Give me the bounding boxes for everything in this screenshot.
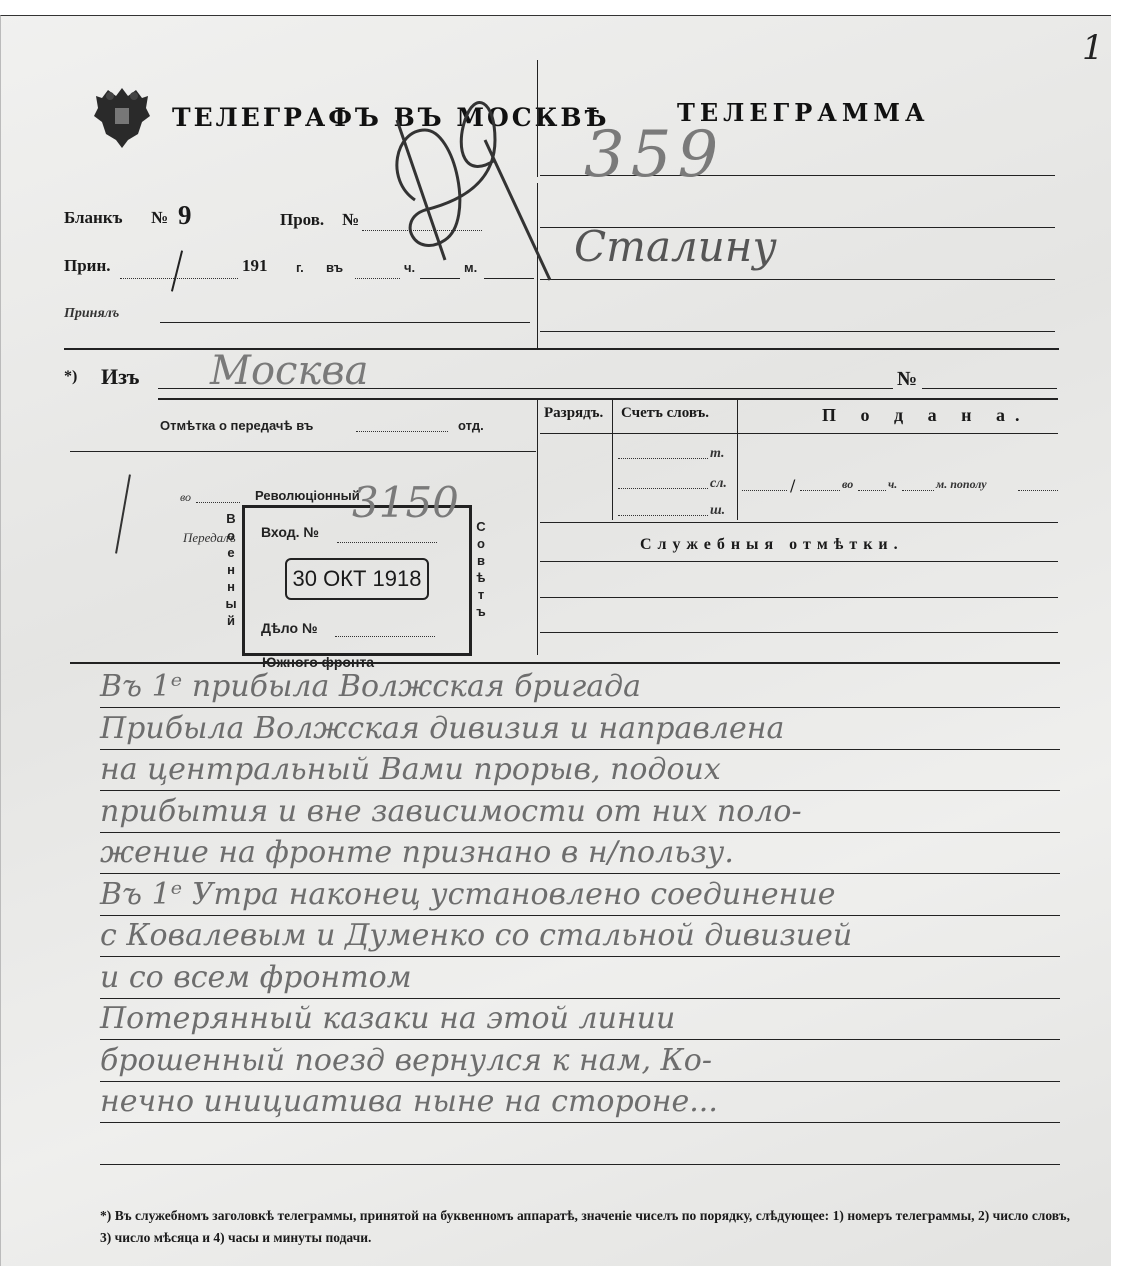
prin-date-field[interactable] bbox=[120, 278, 238, 279]
message-line: Потерянный казаки на этой линии bbox=[100, 1001, 675, 1036]
message-line: нечно инициатива ныне на стороне... bbox=[100, 1084, 718, 1119]
podana-minute-field[interactable] bbox=[902, 490, 934, 491]
footnote: *) Въ служебномъ заголовкѣ телеграммы, п… bbox=[100, 1205, 1070, 1249]
message-line: прибытия и вне зависимости от них поло- bbox=[100, 794, 802, 829]
right-rule-3 bbox=[540, 279, 1055, 280]
blank-label: Бланкъ bbox=[64, 208, 123, 228]
message-line: с Ковалевым и Думенко со стальной дивизи… bbox=[100, 918, 852, 953]
col-razryad: Разрядъ. bbox=[544, 405, 603, 422]
stamp-incoming-number-handwritten: 3150 bbox=[352, 478, 459, 527]
podana-hour-field[interactable] bbox=[858, 490, 886, 491]
transfer-mark-suffix: отд. bbox=[458, 418, 484, 433]
from-field[interactable] bbox=[158, 388, 893, 389]
recipient-handwritten: Сталину bbox=[574, 222, 777, 271]
count-label-sh: ш. bbox=[710, 503, 725, 519]
blank-number-sign: № bbox=[151, 208, 168, 228]
podana-ch: ч. bbox=[888, 477, 897, 492]
stamp-right-vertical-text: Совѣтъ bbox=[474, 518, 488, 620]
stamp-file-field bbox=[335, 636, 435, 637]
count-label-t: т. bbox=[710, 446, 725, 462]
from-asterisk: *) bbox=[64, 368, 77, 386]
message-area-top-rule bbox=[70, 662, 1060, 664]
prinyal-label: Принялъ bbox=[64, 306, 119, 322]
message-rule bbox=[100, 915, 1060, 916]
podana-month-field[interactable] bbox=[800, 490, 840, 491]
prinyal-field[interactable] bbox=[160, 322, 530, 323]
page-number: 1 bbox=[1082, 28, 1104, 68]
from-number-field[interactable] bbox=[922, 388, 1057, 389]
from-underline bbox=[158, 398, 1058, 400]
message-rule bbox=[100, 707, 1060, 708]
message-line: и со всем фронтом bbox=[100, 960, 412, 995]
prin-v: въ bbox=[326, 260, 343, 275]
from-number-sign: № bbox=[897, 368, 917, 391]
podana-vo: во bbox=[842, 477, 853, 492]
stamp-incoming-field bbox=[337, 542, 437, 543]
count-field-sh[interactable] bbox=[618, 515, 708, 516]
stamp-top-text: Революціонный bbox=[255, 488, 360, 503]
telegram-number-handwritten: 359 bbox=[584, 118, 724, 192]
podana-extra-field bbox=[1018, 490, 1058, 491]
message-rule bbox=[100, 832, 1060, 833]
message-line: брошенный поезд вернулся к нам, Ко- bbox=[100, 1043, 712, 1078]
message-rule bbox=[100, 1122, 1060, 1123]
double-headed-eagle-icon bbox=[88, 82, 156, 150]
message-rule bbox=[100, 1164, 1060, 1165]
prov-label: Пров. bbox=[280, 210, 324, 230]
table-header-rule bbox=[540, 433, 1058, 434]
podana-slash: / bbox=[790, 476, 795, 495]
vo-label: во bbox=[180, 490, 191, 505]
message-rule bbox=[100, 873, 1060, 874]
vo-field[interactable] bbox=[196, 502, 240, 503]
message-rule bbox=[100, 1081, 1060, 1082]
count-field-t[interactable] bbox=[618, 458, 708, 459]
stamp-date: 30 ОКТ 1918 bbox=[285, 558, 429, 600]
prov-number-sign: № bbox=[342, 210, 359, 230]
podana-m-popolu: м. пополу bbox=[936, 477, 987, 492]
stamp-incoming-label: Вход. № bbox=[261, 524, 319, 540]
table-bottom-rule bbox=[540, 522, 1058, 523]
transfer-rule bbox=[70, 451, 536, 452]
count-label-sl: сл. bbox=[710, 476, 727, 492]
count-field-sl[interactable] bbox=[618, 488, 708, 489]
prin-year: 191 bbox=[242, 256, 268, 276]
message-line: Прибыла Волжская дивизия и направлена bbox=[100, 711, 784, 746]
table-col-divider-1 bbox=[612, 400, 613, 520]
service-rule-1 bbox=[540, 561, 1058, 562]
stamp-file-label: Дѣло № bbox=[261, 620, 318, 636]
stamp-left-vertical-text: Военный bbox=[224, 510, 238, 629]
service-rule-2 bbox=[540, 597, 1058, 598]
col-schet-slov: Счетъ словъ. bbox=[621, 405, 709, 422]
message-line: Въ 1ᵉ Утра наконец установлено соединени… bbox=[100, 877, 836, 912]
transfer-mark-label: Отмѣтка о передачѣ въ bbox=[160, 418, 313, 433]
message-rule bbox=[100, 998, 1060, 999]
podana-day-field[interactable] bbox=[742, 490, 787, 491]
message-rule bbox=[100, 790, 1060, 791]
prin-g: г. bbox=[296, 260, 304, 275]
resolution-signature-scrawl bbox=[385, 90, 565, 290]
table-left-border bbox=[537, 400, 538, 655]
blank-number-value: 9 bbox=[178, 200, 192, 231]
message-rule bbox=[100, 749, 1060, 750]
from-label: Изъ bbox=[101, 364, 139, 390]
message-line: Въ 1ᵉ прибыла Волжская бригада bbox=[100, 669, 641, 704]
col-podana: П о д а н а. bbox=[822, 405, 1029, 426]
service-rule-3 bbox=[540, 632, 1058, 633]
message-line: жение на фронте признано в н/пользу. bbox=[100, 835, 734, 870]
message-line: на центральный Вами прорыв, подоих bbox=[100, 752, 721, 787]
right-rule-4 bbox=[540, 331, 1055, 332]
prin-label: Прин. bbox=[64, 256, 111, 276]
table-col-divider-2 bbox=[737, 400, 738, 520]
service-marks-title: Служебныя отмѣтки. bbox=[640, 536, 904, 554]
message-rule bbox=[100, 1039, 1060, 1040]
message-rule bbox=[100, 956, 1060, 957]
transfer-dept-field[interactable] bbox=[356, 431, 448, 432]
incoming-stamp: Вход. № 30 ОКТ 1918 Дѣло № bbox=[242, 505, 472, 656]
